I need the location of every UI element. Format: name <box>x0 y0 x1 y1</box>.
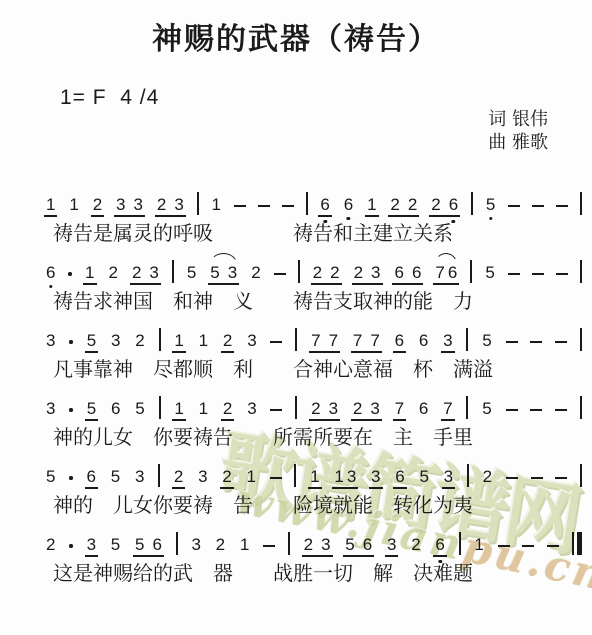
note-digit: 2 <box>215 535 226 554</box>
note: 2 <box>92 195 103 214</box>
note-digit: 6 <box>418 331 429 350</box>
note-digit: 2 <box>329 263 340 282</box>
note-digit: 5 <box>134 535 145 554</box>
augmentation-dot <box>69 340 73 344</box>
note-digit-low-octave: 6 <box>448 195 459 214</box>
notation-row: 5653232111336532 <box>45 456 582 486</box>
note-digit: 6 <box>86 467 97 486</box>
score-line-5: 5653232111336532神的 儿女你要祷 告 险境就能 转化为夷 <box>45 456 582 524</box>
sheet-content: 神赐的武器（祷告） 1= F 4 /4 词 银伟 曲 雅歌 1123323166… <box>0 0 592 58</box>
note-digit-low-octave: 5 <box>485 195 496 214</box>
note-digit: 2 <box>389 195 400 214</box>
note: 1 <box>198 399 209 418</box>
duration-dash <box>506 341 518 343</box>
note: 7 <box>442 399 453 418</box>
duration-dash <box>522 545 534 547</box>
barline <box>466 328 468 351</box>
note-digit-low-octave: 6 <box>343 195 354 214</box>
note: 1 <box>473 535 484 554</box>
note-digit: 2 <box>353 263 364 282</box>
note-digit: 3 <box>246 331 257 350</box>
notation-row: 2355632123563261 <box>45 524 582 554</box>
note-digit: 5 <box>186 263 197 282</box>
duration-dash <box>270 341 282 343</box>
barline <box>459 532 461 555</box>
note: 5 <box>86 331 97 350</box>
barline <box>580 464 582 487</box>
note-digit: 2 <box>221 467 232 486</box>
note-digit-low-octave: 6 <box>319 195 330 214</box>
note: 2 <box>250 263 261 282</box>
duration-dash <box>556 273 568 275</box>
beamed-notes: 77 <box>352 331 381 350</box>
beamed-notes: 23 <box>303 535 332 554</box>
barline <box>172 260 174 283</box>
note: 5 <box>484 263 495 282</box>
note: 5 <box>481 399 492 418</box>
note-digit-low-octave: 6 <box>45 263 56 282</box>
duration-dash <box>234 205 246 207</box>
beamed-notes: 22 <box>389 195 418 214</box>
note-digit: 6 <box>393 263 404 282</box>
note-digit: 2 <box>45 535 56 554</box>
note: 2 <box>107 263 118 282</box>
note: 1 <box>198 331 209 350</box>
duration-dash <box>274 273 286 275</box>
beamed-notes: 23 <box>353 263 382 282</box>
note-digit: 2 <box>222 399 233 418</box>
note-digit: 6 <box>362 535 373 554</box>
note: 6 <box>394 467 405 486</box>
note: 2 <box>215 535 226 554</box>
barline <box>288 532 290 555</box>
note-digit: 6 <box>394 467 405 486</box>
note-digit: 3 <box>443 467 454 486</box>
note-digit: 3 <box>133 195 144 214</box>
note-digit: 1 <box>198 399 209 418</box>
note-digit: 3 <box>134 467 145 486</box>
note-digit: 5 <box>86 399 97 418</box>
note: 3 <box>86 535 97 554</box>
notation-row: 3565112323237675 <box>45 388 582 418</box>
note: 5 <box>110 535 121 554</box>
credits: 词 银伟 曲 雅歌 <box>488 108 548 154</box>
barline <box>159 328 161 351</box>
note-digit: 2 <box>430 195 441 214</box>
barline <box>580 396 582 419</box>
note-digit: 5 <box>418 467 429 486</box>
duration-dash <box>498 545 510 547</box>
note: 3 <box>246 331 257 350</box>
barline <box>295 396 297 419</box>
note-digit: 3 <box>369 399 380 418</box>
note: 5 <box>86 399 97 418</box>
note-digit: 6 <box>447 263 458 282</box>
note-digit: 1 <box>366 195 377 214</box>
notation-row: 1123323166122265 <box>45 184 582 214</box>
sheet-music-page: 歌谱简谱网 www.jianpu.cn 神赐的武器（祷告） 1= F 4 /4 … <box>0 0 592 635</box>
note: 2 <box>45 535 56 554</box>
duration-dash <box>556 205 568 207</box>
beamed-notes: 22 <box>312 263 341 282</box>
lyrics-row: 祷告是属灵的呼吸 祷告和主建立关系 <box>45 220 582 246</box>
duration-dash <box>282 205 294 207</box>
note-digit: 7 <box>369 331 380 350</box>
barline <box>197 192 199 215</box>
note: 2 <box>173 467 184 486</box>
lyrics-row: 祷告求神国 和神 义 祷告支取神的能 力 <box>45 288 582 314</box>
note-digit: 3 <box>86 535 97 554</box>
barline <box>471 192 473 215</box>
note: 6 <box>418 399 429 418</box>
beamed-notes: 26 <box>430 195 459 214</box>
note: 3 <box>246 399 257 418</box>
note-digit: 1 <box>198 331 209 350</box>
note-digit: 1 <box>45 195 56 214</box>
score-line-3: 3532112377776635凡事靠神 尽都顺 利 合神心意福 杯 满溢 <box>45 320 582 388</box>
note: 6 <box>343 195 354 214</box>
note: 2 <box>410 535 421 554</box>
score-line-4: 3565112323237675神的儿女 你要祷告 所需所要在 主 手里 <box>45 388 582 456</box>
note: 5 <box>418 467 429 486</box>
beamed-notes: 23 <box>131 263 160 282</box>
note: 1 <box>173 399 184 418</box>
duration-dash <box>506 477 518 479</box>
note: 6 <box>418 331 429 350</box>
duration-dash <box>508 273 520 275</box>
score-line-2: 612235532222366765祷告求神国 和神 义 祷告支取神的能 力 <box>45 252 582 320</box>
duration-dash <box>547 545 559 547</box>
beamed-notes: 56 <box>344 535 373 554</box>
note-digit: 3 <box>45 399 56 418</box>
final-barline <box>572 532 582 555</box>
score: 1123323166122265祷告是属灵的呼吸 祷告和主建立关系6122355… <box>45 184 582 592</box>
note-digit: 6 <box>151 535 162 554</box>
note-digit: 2 <box>410 535 421 554</box>
beamed-notes-slur: 76 <box>434 263 458 282</box>
note: 1 <box>45 195 56 214</box>
note-digit: 7 <box>394 399 405 418</box>
duration-dash <box>258 205 270 207</box>
note: 1 <box>173 331 184 350</box>
note-digit: 3 <box>115 195 126 214</box>
note-digit: 1 <box>173 331 184 350</box>
note-digit: 2 <box>134 331 145 350</box>
note-digit: 5 <box>481 399 492 418</box>
note-digit: 2 <box>173 467 184 486</box>
barline <box>176 532 178 555</box>
note-digit: 3 <box>148 263 159 282</box>
duration-dash <box>530 341 542 343</box>
barline <box>466 396 468 419</box>
note: 3 <box>45 399 56 418</box>
note-digit: 7 <box>310 331 321 350</box>
duration-dash <box>531 477 543 479</box>
note: 3 <box>442 331 453 350</box>
note: 3 <box>190 535 201 554</box>
score-line-1: 1123323166122265祷告是属灵的呼吸 祷告和主建立关系 <box>45 184 582 252</box>
barline <box>158 464 160 487</box>
note-digit: 2 <box>312 263 323 282</box>
barline <box>295 328 297 351</box>
note-digit: 2 <box>482 467 493 486</box>
note: 6 <box>110 399 121 418</box>
note-digit: 7 <box>434 263 445 282</box>
note: 2 <box>222 331 233 350</box>
note-digit: 3 <box>246 399 257 418</box>
song-title: 神赐的武器（祷告） <box>0 0 592 58</box>
duration-dash <box>555 341 567 343</box>
note-digit: 5 <box>344 535 355 554</box>
note-digit: 5 <box>209 263 220 282</box>
duration-dash <box>555 477 567 479</box>
note: 5 <box>186 263 197 282</box>
lyricist-credit: 词 银伟 <box>488 108 548 131</box>
note: 3 <box>370 467 381 486</box>
note-digit: 5 <box>110 535 121 554</box>
note-digit: 1 <box>333 467 344 486</box>
barline <box>580 328 582 351</box>
note-digit: 3 <box>227 263 238 282</box>
beamed-notes-slur: 53 <box>209 263 238 282</box>
notation-row: 612235532222366765 <box>45 252 582 282</box>
barline <box>294 464 296 487</box>
duration-dash <box>508 205 520 207</box>
note-digit: 5 <box>134 399 145 418</box>
note: 7 <box>394 399 405 418</box>
note: 5 <box>481 331 492 350</box>
duration-dash <box>270 477 282 479</box>
barline <box>580 260 582 283</box>
final-barline-thin <box>572 532 574 555</box>
note-digit: 3 <box>370 263 381 282</box>
note: 3 <box>45 331 56 350</box>
barline <box>467 464 469 487</box>
duration-dash <box>270 409 282 411</box>
note-digit: 2 <box>107 263 118 282</box>
duration-dash <box>530 409 542 411</box>
beamed-notes: 13 <box>333 467 357 486</box>
note: 1 <box>239 535 250 554</box>
note-digit: 1 <box>68 195 79 214</box>
lyrics-row: 这是神赐给的武 器 战胜一切 解 决难题 <box>45 560 582 586</box>
note: 5 <box>110 467 121 486</box>
augmentation-dot <box>68 272 72 276</box>
note-digit: 6 <box>418 399 429 418</box>
note-digit: 3 <box>370 467 381 486</box>
beamed-notes: 66 <box>393 263 422 282</box>
beamed-notes: 23 <box>352 399 381 418</box>
note-digit: 3 <box>442 331 453 350</box>
barline <box>159 396 161 419</box>
note-digit: 3 <box>110 331 121 350</box>
lyrics-row: 神的 儿女你要祷 告 险境就能 转化为夷 <box>45 492 582 518</box>
note-digit: 6 <box>394 331 405 350</box>
note: 6 <box>319 195 330 214</box>
duration-dash <box>263 545 275 547</box>
note: 2 <box>222 399 233 418</box>
note-digit: 7 <box>328 331 339 350</box>
notation-row: 3532112377776635 <box>45 320 582 350</box>
note-digit: 2 <box>156 195 167 214</box>
note-digit: 2 <box>352 399 363 418</box>
note-digit: 7 <box>442 399 453 418</box>
note-digit: 3 <box>320 535 331 554</box>
note-digit: 3 <box>190 535 201 554</box>
note-digit: 2 <box>222 331 233 350</box>
note-digit: 3 <box>328 399 339 418</box>
final-barline-thick <box>577 532 582 555</box>
duration-dash <box>532 273 544 275</box>
note-digit: 5 <box>86 331 97 350</box>
note-digit: 5 <box>110 467 121 486</box>
duration-dash <box>506 409 518 411</box>
note: 1 <box>68 195 79 214</box>
note-digit: 2 <box>92 195 103 214</box>
note: 6 <box>394 331 405 350</box>
note-digit: 1 <box>173 399 184 418</box>
note: 5 <box>134 399 145 418</box>
note: 1 <box>366 195 377 214</box>
beamed-notes: 56 <box>134 535 163 554</box>
note-digit: 6 <box>110 399 121 418</box>
note-digit: 2 <box>131 263 142 282</box>
score-line-6: 2355632123563261这是神赐给的武 器 战胜一切 解 决难题 <box>45 524 582 592</box>
key-signature: 1= F 4 /4 <box>60 86 159 110</box>
note-digit: 1 <box>84 263 95 282</box>
note-digit: 3 <box>197 467 208 486</box>
note-digit: 1 <box>245 467 256 486</box>
note-digit: 1 <box>473 535 484 554</box>
barline <box>306 192 308 215</box>
lyrics-row: 凡事靠神 尽都顺 利 合神心意福 杯 满溢 <box>45 356 582 382</box>
note: 1 <box>309 467 320 486</box>
note: 3 <box>197 467 208 486</box>
barline <box>580 192 582 215</box>
beamed-notes: 23 <box>310 399 339 418</box>
note: 6 <box>45 263 56 282</box>
note: 1 <box>84 263 95 282</box>
augmentation-dot <box>69 544 73 548</box>
note-digit: 5 <box>481 331 492 350</box>
note: 6 <box>434 535 445 554</box>
duration-dash <box>555 409 567 411</box>
lyrics-row: 神的儿女 你要祷告 所需所要在 主 手里 <box>45 424 582 450</box>
note-digit: 2 <box>303 535 314 554</box>
note: 2 <box>221 467 232 486</box>
note-digit: 3 <box>386 535 397 554</box>
note: 2 <box>482 467 493 486</box>
note-digit: 1 <box>239 535 250 554</box>
augmentation-dot <box>69 476 73 480</box>
barline <box>470 260 472 283</box>
note: 5 <box>485 195 496 214</box>
beamed-notes: 23 <box>156 195 185 214</box>
note-digit: 2 <box>407 195 418 214</box>
note-digit: 5 <box>45 467 56 486</box>
note: 3 <box>443 467 454 486</box>
note: 2 <box>134 331 145 350</box>
barline <box>298 260 300 283</box>
note-digit: 3 <box>173 195 184 214</box>
note: 1 <box>245 467 256 486</box>
note-digit: 3 <box>346 467 357 486</box>
note-digit: 1 <box>211 195 222 214</box>
note-digit-low-octave: 6 <box>434 535 445 554</box>
note: 3 <box>110 331 121 350</box>
note-digit: 3 <box>45 331 56 350</box>
note: 6 <box>86 467 97 486</box>
note: 3 <box>386 535 397 554</box>
composer-credit: 曲 雅歌 <box>488 131 548 154</box>
note-digit: 2 <box>250 263 261 282</box>
augmentation-dot <box>69 408 73 412</box>
note-digit: 5 <box>484 263 495 282</box>
note-digit: 1 <box>309 467 320 486</box>
beamed-notes: 77 <box>310 331 339 350</box>
beamed-notes: 33 <box>115 195 144 214</box>
note: 3 <box>134 467 145 486</box>
note: 1 <box>211 195 222 214</box>
note-digit: 6 <box>411 263 422 282</box>
note-digit: 2 <box>310 399 321 418</box>
note: 5 <box>45 467 56 486</box>
duration-dash <box>532 205 544 207</box>
note-digit: 7 <box>352 331 363 350</box>
